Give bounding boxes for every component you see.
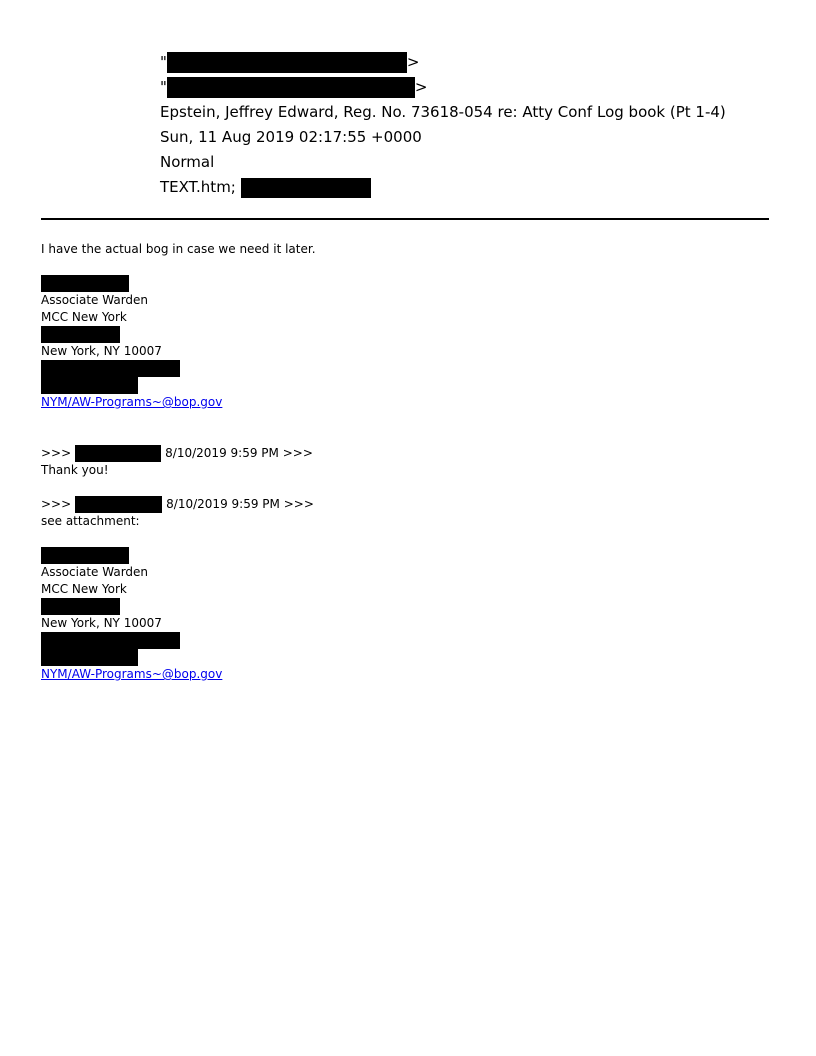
from-value: "> xyxy=(160,50,419,74)
redaction-phone xyxy=(41,360,180,377)
signature-block-1: Associate Warden MCC New York New York, … xyxy=(41,275,761,411)
signature-org: MCC New York xyxy=(41,581,761,598)
header-divider xyxy=(41,218,769,220)
subject-value: Epstein, Jeffrey Edward, Reg. No. 73618-… xyxy=(160,100,726,124)
to-value: "> xyxy=(160,75,427,99)
from-quote: " xyxy=(160,53,167,71)
redaction-sender-name xyxy=(41,547,129,564)
redaction-attachment xyxy=(241,178,371,198)
from-bracket: > xyxy=(407,53,420,71)
quote-marker: >>> xyxy=(41,446,71,460)
redaction-phone xyxy=(41,632,180,649)
quote-header-2: >>>8/10/2019 9:59 PM >>> xyxy=(41,496,761,513)
signature-block-2: Associate Warden MCC New York New York, … xyxy=(41,547,761,683)
redaction-to xyxy=(167,77,415,98)
redaction-quote-sender xyxy=(75,496,162,513)
to-bracket: > xyxy=(415,78,428,96)
signature-org: MCC New York xyxy=(41,309,761,326)
redaction-fax xyxy=(41,377,138,394)
importance-value: Normal xyxy=(160,150,214,174)
attachments-value: TEXT.htm; xyxy=(160,175,371,199)
redaction-fax xyxy=(41,649,138,666)
attachment-text-htm[interactable]: TEXT.htm; xyxy=(160,178,236,196)
signature-title: Associate Warden xyxy=(41,292,761,309)
signature-city: New York, NY 10007 xyxy=(41,343,761,360)
quote-header-1: >>>8/10/2019 9:59 PM >>> xyxy=(41,445,761,462)
date-value: Sun, 11 Aug 2019 02:17:55 +0000 xyxy=(160,125,422,149)
signature-email-link[interactable]: NYM/AW-Programs~@bop.gov xyxy=(41,667,222,681)
redaction-address xyxy=(41,598,120,615)
quote-marker: >>> xyxy=(283,446,313,460)
signature-title: Associate Warden xyxy=(41,564,761,581)
signature-city: New York, NY 10007 xyxy=(41,615,761,632)
email-body: I have the actual bog in case we need it… xyxy=(41,241,761,683)
redaction-quote-sender xyxy=(75,445,161,462)
intro-text: I have the actual bog in case we need it… xyxy=(41,241,761,258)
quote-marker: >>> xyxy=(41,497,71,511)
quote-message: Thank you! xyxy=(41,462,761,479)
quote-marker: >>> xyxy=(284,497,314,511)
redaction-address xyxy=(41,326,120,343)
redaction-sender-name xyxy=(41,275,129,292)
signature-email-link[interactable]: NYM/AW-Programs~@bop.gov xyxy=(41,395,222,409)
to-quote: " xyxy=(160,78,167,96)
quote-message: see attachment: xyxy=(41,513,761,530)
quote-timestamp: 8/10/2019 9:59 PM xyxy=(165,446,279,460)
quote-timestamp: 8/10/2019 9:59 PM xyxy=(166,497,280,511)
quoted-message-1: >>>8/10/2019 9:59 PM >>> Thank you! xyxy=(41,445,761,479)
redaction-from xyxy=(167,52,407,73)
quoted-message-2: >>>8/10/2019 9:59 PM >>> see attachment: xyxy=(41,496,761,530)
